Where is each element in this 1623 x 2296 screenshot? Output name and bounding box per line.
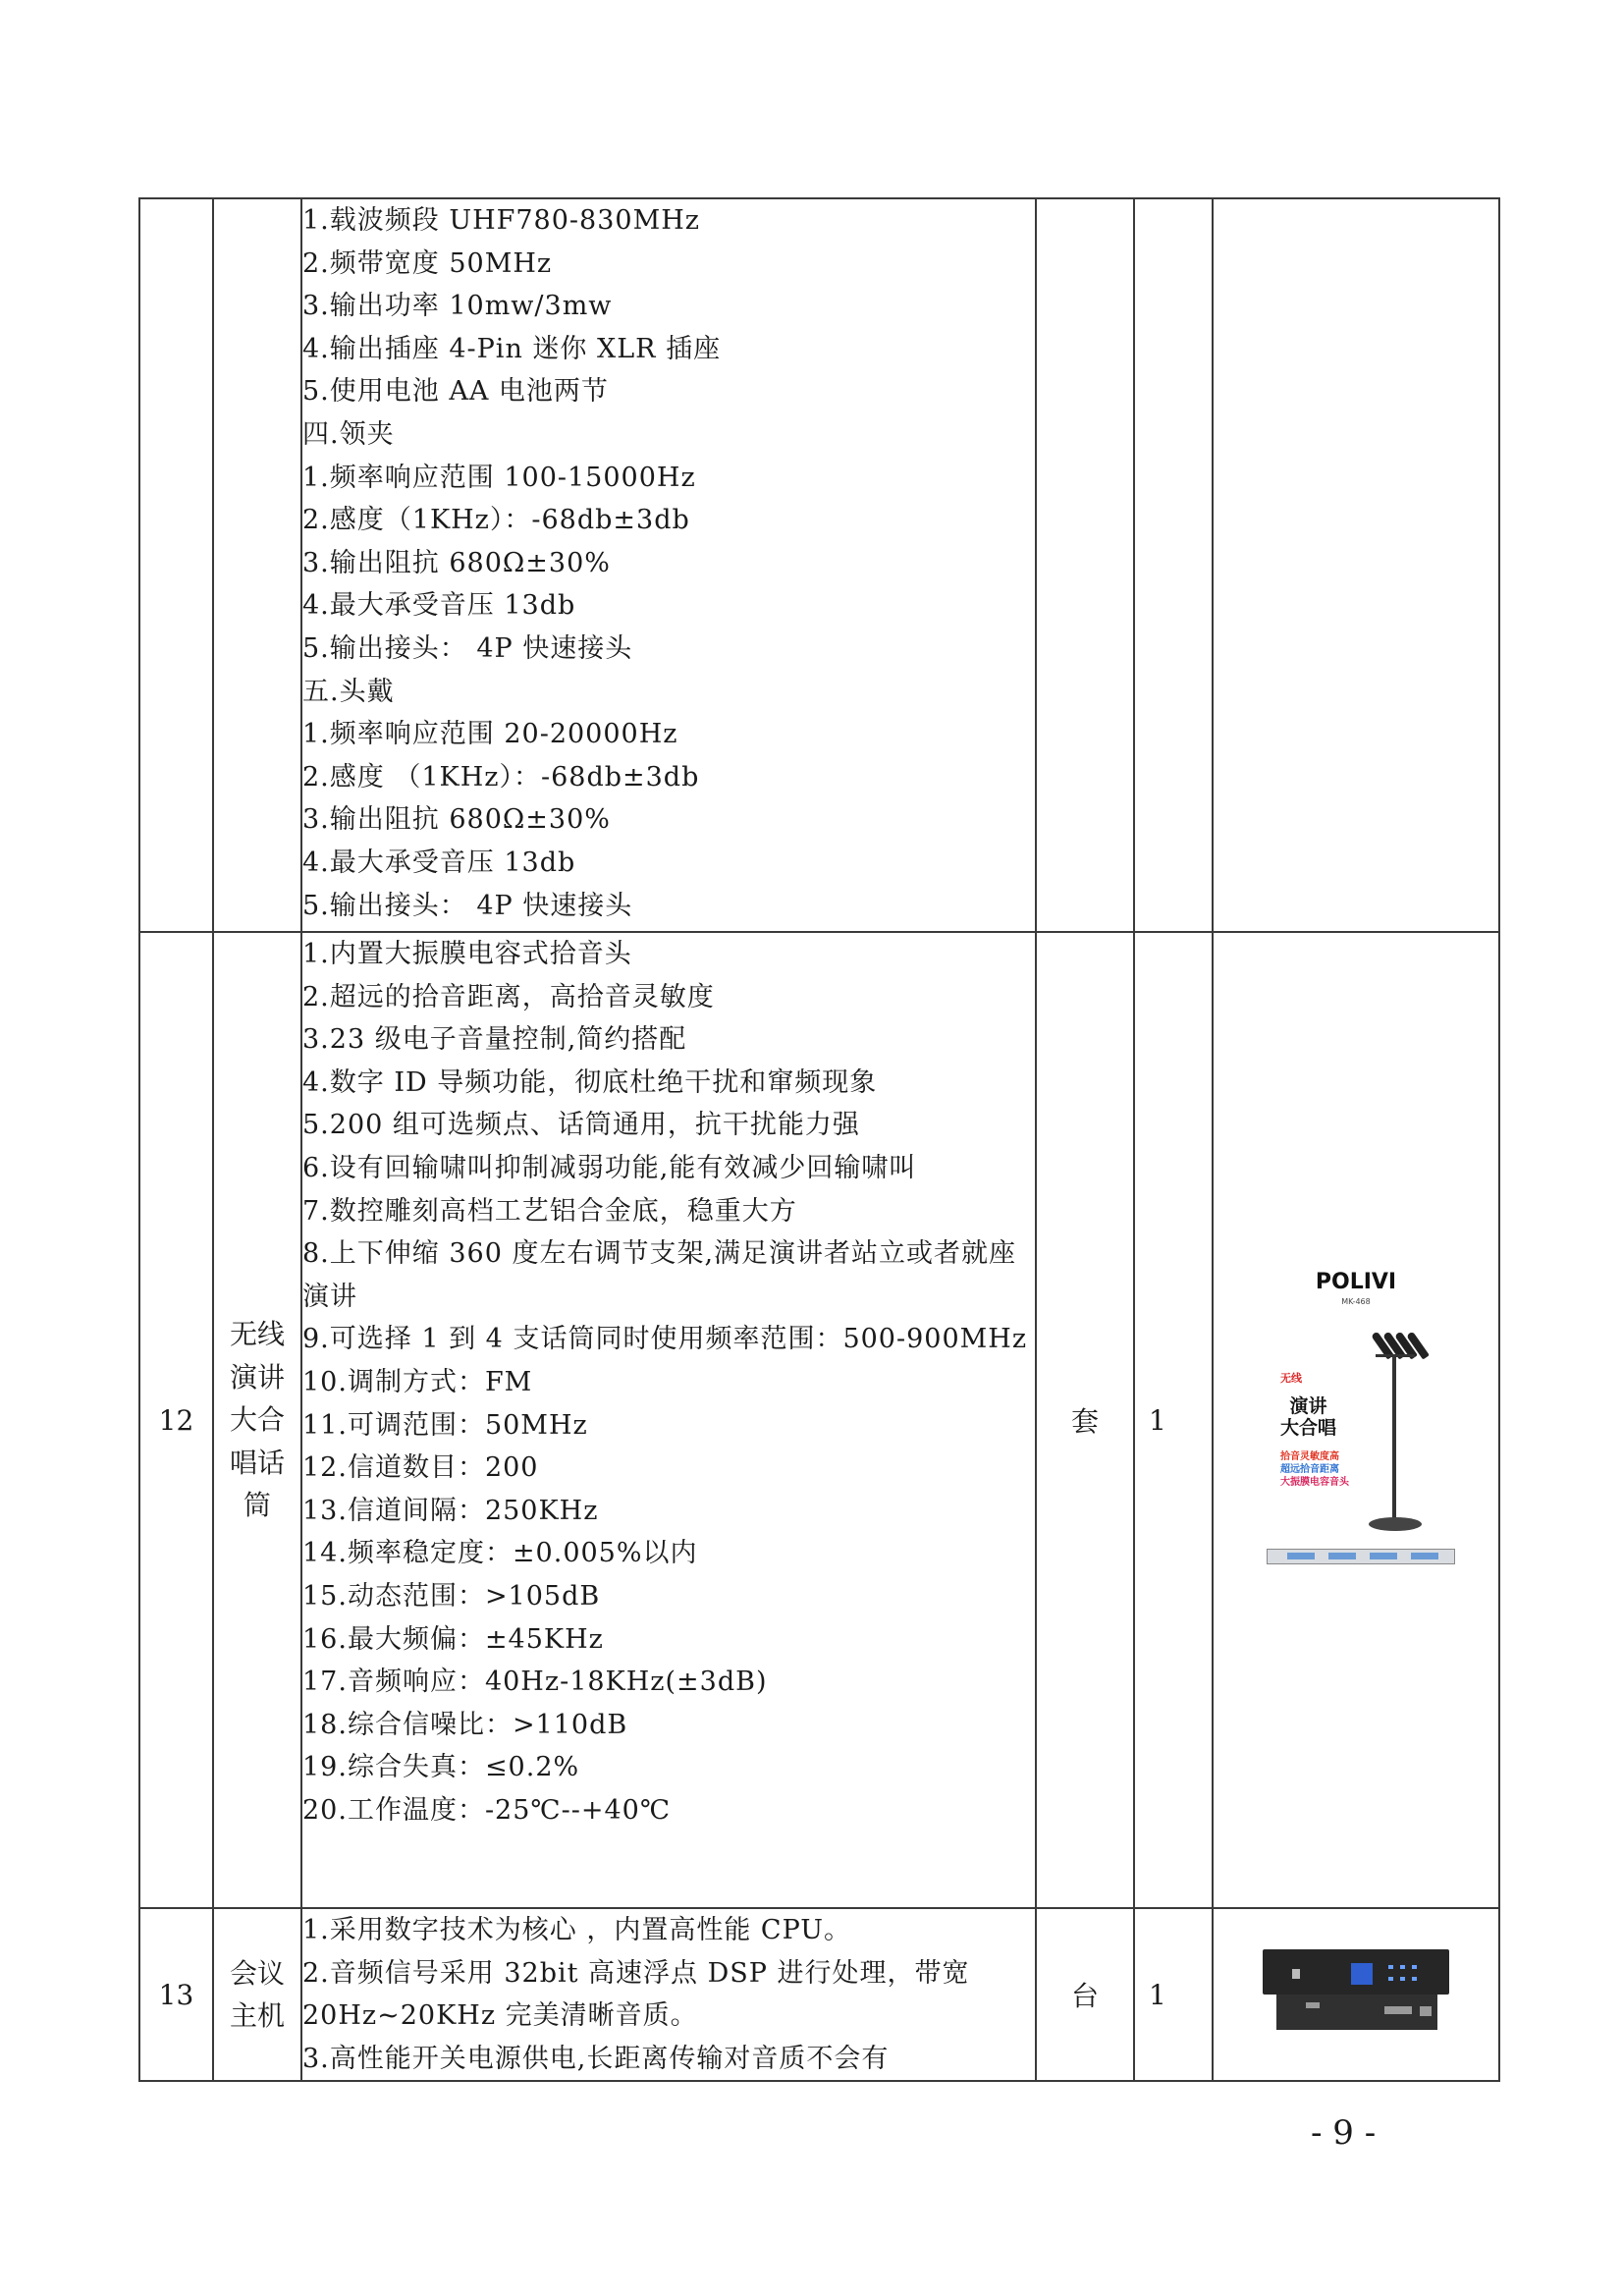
document-page: 1.载波频段 UHF780-830MHz 2.频带宽度 50MHz 3.输出功率… [0,0,1623,2296]
row-number: 12 [139,932,213,1908]
power-switch-icon [1292,1969,1300,1979]
spec-line: 5.输出接头： 4P 快速接头 [302,885,1035,928]
lcd-screen [1351,1963,1373,1985]
spec-line: 1.频率响应范围 20-20000Hz [302,713,1035,756]
microphone-product-image: POLIVI MK-468 无线 演讲 大合唱 拾音灵敏度高 超远拾音距离 大振… [1253,1258,1459,1582]
unit: 套 [1036,932,1134,1908]
spec-line: 5.输出接头： 4P 快速接头 [302,628,1035,671]
spec-line: 4.最大承受音压 13db [302,584,1035,628]
spec-line: 1.采用数字技术为核心 ，内置高性能 CPU。 [302,1909,1035,1952]
model-label: MK-468 [1253,1297,1459,1306]
spec-list: 1.采用数字技术为核心 ，内置高性能 CPU。 2.音频信号采用 32bit 高… [301,1908,1036,2081]
spec-line: 10.调制方式：FM [302,1361,1035,1404]
item-name: 会议主机 [213,1908,301,2081]
spec-line: 19.综合失真：≤0.2% [302,1746,1035,1789]
spec-line: 9.可选择 1 到 4 支话筒同时使用频率范围：500-900MHz [302,1318,1035,1361]
table-row: 1.载波频段 UHF780-830MHz 2.频带宽度 50MHz 3.输出功率… [139,198,1499,932]
spec-list: 1.载波频段 UHF780-830MHz 2.频带宽度 50MHz 3.输出功率… [301,198,1036,932]
row-number [139,198,213,932]
spec-line: 17.音频响应：40Hz-18KHz(±3dB) [302,1661,1035,1704]
poster-feature: 大振膜电容音头 [1280,1476,1349,1489]
equipment-spec-table: 1.载波频段 UHF780-830MHz 2.频带宽度 50MHz 3.输出功率… [138,197,1500,2082]
spec-line: 14.频率稳定度：±0.005%以内 [302,1532,1035,1575]
quantity: 1 [1134,932,1213,1908]
poster-tag: 无线 [1280,1370,1302,1386]
spec-list: 1.内置大振膜电容式拾音头 2.超远的拾音距离，高拾音灵敏度 3.23 级电子音… [301,932,1036,1908]
table-row: 12 无线演讲大合唱话筒 1.内置大振膜电容式拾音头 2.超远的拾音距离，高拾音… [139,932,1499,1908]
spec-section-heading: 五.头戴 [302,671,1035,714]
unit [1036,198,1134,932]
quantity [1134,198,1213,932]
item-name: 无线演讲大合唱话筒 [213,932,301,1908]
spec-line: 12.信道数目：200 [302,1447,1035,1490]
spec-line: 3.高性能开关电源供电,长距离传输对音质不会有 [302,2038,1035,2081]
poster-headline: 演讲 大合唱 [1280,1395,1336,1439]
spec-line: 5.200 组可选频点、话筒通用，抗干扰能力强 [302,1104,1035,1147]
unit: 台 [1036,1908,1134,2081]
quantity: 1 [1134,1908,1213,2081]
host-rear-panel [1276,1995,1437,2030]
host-front-panel [1263,1949,1449,1995]
product-image-cell [1213,198,1499,932]
spec-line: 3.23 级电子音量控制,简约搭配 [302,1018,1035,1062]
spec-line: 2.感度（1KHz）：-68db±3db [302,499,1035,542]
spec-line: 20.工作温度：-25℃--+40℃ [302,1789,1035,1832]
poster-feature: 超远拾音距离 [1280,1463,1339,1476]
spec-line: 2.感度 （1KHz）：-68db±3db [302,756,1035,799]
spec-line: 4.最大承受音压 13db [302,842,1035,885]
row-number: 13 [139,1908,213,2081]
spec-line: 3.输出阻抗 680Ω±30% [302,798,1035,842]
spec-line: 6.设有回输啸叫抑制减弱功能,能有效减少回输啸叫 [302,1147,1035,1190]
spec-line: 16.最大频偏：±45KHz [302,1618,1035,1662]
poster-headline-line: 大合唱 [1280,1417,1336,1439]
spec-line: 1.频率响应范围 100-15000Hz [302,457,1035,500]
spec-line: 2.频带宽度 50MHz [302,243,1035,286]
spec-line: 2.超远的拾音距离，高拾音灵敏度 [302,976,1035,1019]
spec-line: 11.可调范围：50MHz [302,1404,1035,1448]
item-name [213,198,301,932]
page-number: - 9 - [1311,2113,1376,2153]
spec-line: 1.载波频段 UHF780-830MHz [302,199,1035,243]
product-image-cell [1213,1908,1499,2081]
spec-line: 8.上下伸缩 360 度左右调节支架,满足演讲者站立或者就座演讲 [302,1232,1035,1318]
conference-host-image [1253,1945,1459,2044]
mic-stand [1392,1356,1396,1523]
spec-section-heading: 四.领夹 [302,413,1035,457]
spec-line: 1.内置大振膜电容式拾音头 [302,933,1035,976]
table-row: 13 会议主机 1.采用数字技术为核心 ，内置高性能 CPU。 2.音频信号采用… [139,1908,1499,2081]
spec-line: 4.输出插座 4-Pin 迷你 XLR 插座 [302,328,1035,371]
spec-line: 15.动态范围：>105dB [302,1575,1035,1618]
spec-line: 18.综合信噪比：>110dB [302,1704,1035,1747]
spec-line: 3.输出阻抗 680Ω±30% [302,542,1035,585]
spec-line: 5.使用电池 AA 电池两节 [302,370,1035,413]
poster-feature: 拾音灵敏度高 [1280,1450,1339,1463]
spec-line: 13.信道间隔：250KHz [302,1490,1035,1533]
spec-line: 2.音频信号采用 32bit 高速浮点 DSP 进行处理，带宽 20Hz~20K… [302,1952,1035,2038]
spec-line: 4.数字 ID 导频功能，彻底杜绝干扰和窜频现象 [302,1062,1035,1105]
mic-stand-base [1369,1517,1422,1531]
brand-logo: POLIVI [1253,1270,1459,1294]
spec-line: 7.数控雕刻高档工艺铝合金底，稳重大方 [302,1190,1035,1233]
product-image-cell: POLIVI MK-468 无线 演讲 大合唱 拾音灵敏度高 超远拾音距离 大振… [1213,932,1499,1908]
spec-line: 3.输出功率 10mw/3mw [302,285,1035,328]
poster-headline-line: 演讲 [1280,1395,1336,1417]
receiver-unit [1267,1549,1455,1564]
